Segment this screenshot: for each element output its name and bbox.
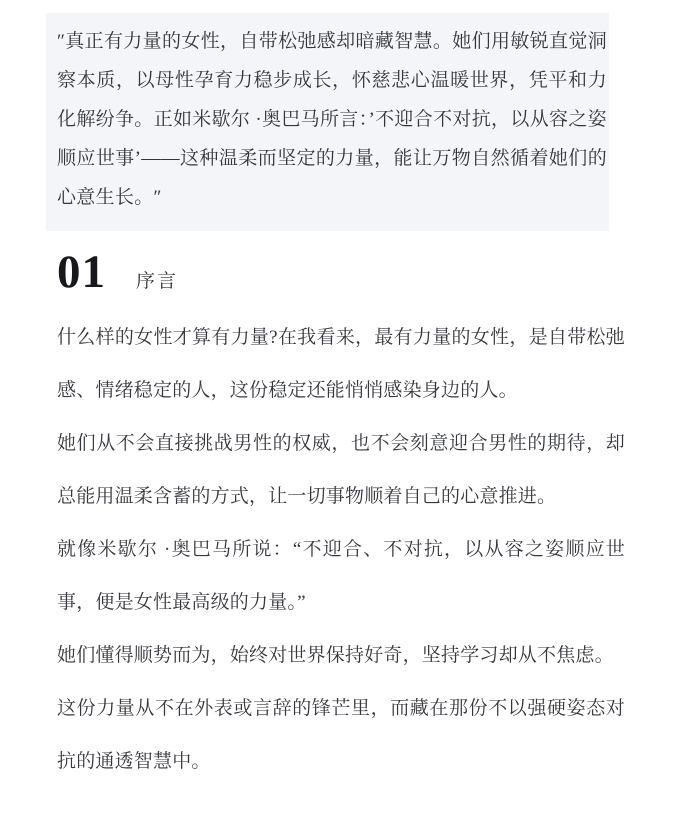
article-body: 什么样的女性才算有力量?在我看来，最有力量的女性，是自带松弛感、情绪稳定的人，这… <box>57 311 625 788</box>
paragraph: 她们懂得顺势而为，始终对世界保持好奇，坚持学习却从不焦虑。 <box>57 629 625 682</box>
section-title: 序言 <box>136 266 178 293</box>
quote-text: ″真正有力量的女性，自带松弛感却暗藏智慧。她们用敏锐直觉洞察本质，以母性孕育力稳… <box>57 31 607 208</box>
article-page: ″真正有力量的女性，自带松弛感却暗藏智慧。她们用敏锐直觉洞察本质，以母性孕育力稳… <box>0 0 682 813</box>
section-heading: 01 序言 <box>57 247 682 297</box>
paragraph: 就像米歇尔 ·奥巴马所说：“不迎合、不对抗，以从容之姿顺应世事，便是女性最高级的… <box>57 523 625 629</box>
paragraph: 她们从不会直接挑战男性的权威，也不会刻意迎合男性的期待，却总能用温柔含蓄的方式，… <box>57 417 625 523</box>
quote-block: ″真正有力量的女性，自带松弛感却暗藏智慧。她们用敏锐直觉洞察本质，以母性孕育力稳… <box>46 13 609 231</box>
paragraph: 这份力量从不在外表或言辞的锋芒里，而藏在那份不以强硬姿态对抗的通透智慧中。 <box>57 682 625 788</box>
section-number: 01 <box>57 247 106 297</box>
paragraph: 什么样的女性才算有力量?在我看来，最有力量的女性，是自带松弛感、情绪稳定的人，这… <box>57 311 625 417</box>
